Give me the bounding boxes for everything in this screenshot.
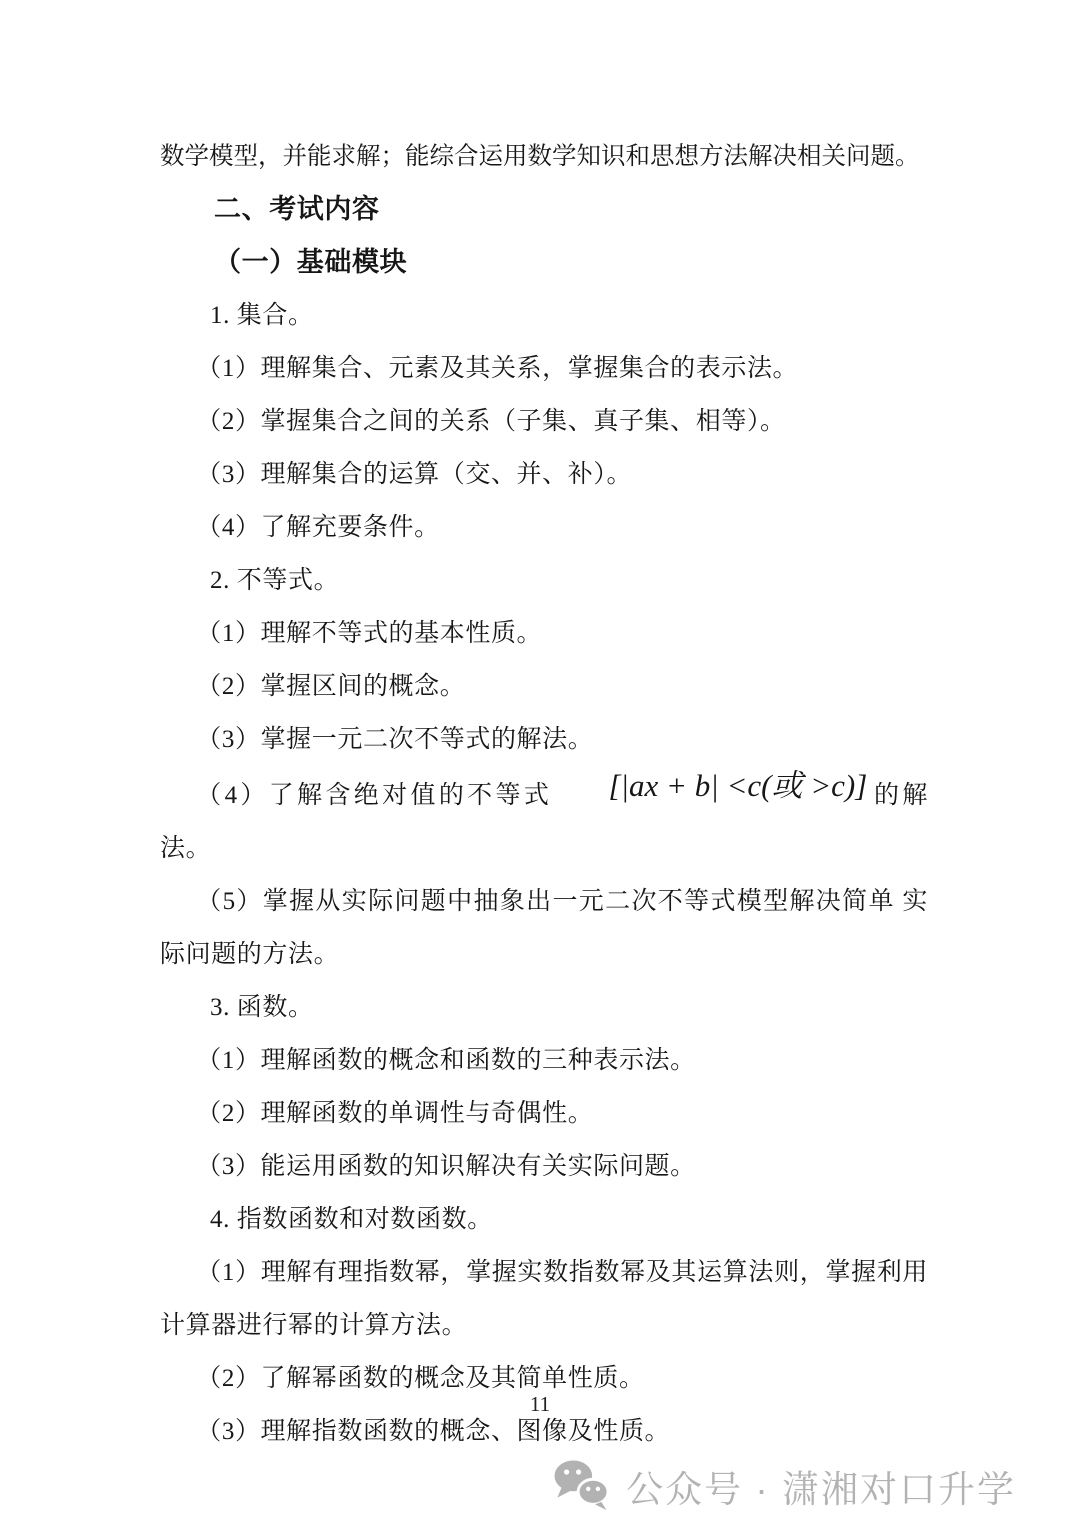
document-page: 数学模型，并能求解；能综合运用数学知识和思想方法解决相关问题。 二、考试内容 （… — [0, 0, 1080, 1527]
absolute-value-inequality-formula: [|ax + b| <c(或 >c)] — [552, 759, 871, 812]
list-item: （1）理解函数的概念和函数的三种表示法。 — [160, 1034, 928, 1087]
paragraph-continuation: 数学模型，并能求解；能综合运用数学知识和思想方法解决相关问题。 — [160, 130, 928, 183]
list-item: （1）理解集合、元素及其关系，掌握集合的表示法。 — [160, 342, 928, 395]
wechat-icon — [552, 1459, 612, 1513]
watermark-text: 公众号 · 潇湘对口升学 — [626, 1459, 1016, 1513]
list-item: （1）理解有理指数幂，掌握实数指数幂及其运算法则，掌握利用计算器进行幂的计算方法… — [160, 1246, 928, 1352]
list-item: 4. 指数函数和对数函数。 — [160, 1193, 928, 1246]
section-heading: 二、考试内容 — [160, 183, 928, 236]
list-item: （4）了解充要条件。 — [160, 501, 928, 554]
list-item: （5）掌握从实际问题中抽象出一元二次不等式模型解决简单 实际问题的方法。 — [160, 875, 928, 981]
list-item: （3）理解集合的运算（交、并、补）。 — [160, 448, 928, 501]
list-item: （1）理解不等式的基本性质。 — [160, 607, 928, 660]
subsection-heading: （一）基础模块 — [160, 236, 928, 289]
list-item: （2）掌握集合之间的关系（子集、真子集、相等）。 — [160, 395, 928, 448]
watermark: 公众号 · 潇湘对口升学 — [552, 1459, 1016, 1513]
page-content: 数学模型，并能求解；能综合运用数学知识和思想方法解决相关问题。 二、考试内容 （… — [160, 130, 928, 1458]
list-item: 2. 不等式。 — [160, 554, 928, 607]
list-item: （3）能运用函数的知识解决有关实际问题。 — [160, 1140, 928, 1193]
page-number: 11 — [0, 1392, 1080, 1417]
list-item: 3. 函数。 — [160, 981, 928, 1034]
formula-prefix: （4）了解含绝对值的不等式 — [196, 782, 552, 809]
list-item: （2）理解函数的单调性与奇偶性。 — [160, 1087, 928, 1140]
list-item: 1. 集合。 — [160, 289, 928, 342]
list-item-formula: （4）了解含绝对值的不等式[|ax + b| <c(或 >c)]的解法。 — [160, 766, 928, 875]
list-item: （2）掌握区间的概念。 — [160, 660, 928, 713]
